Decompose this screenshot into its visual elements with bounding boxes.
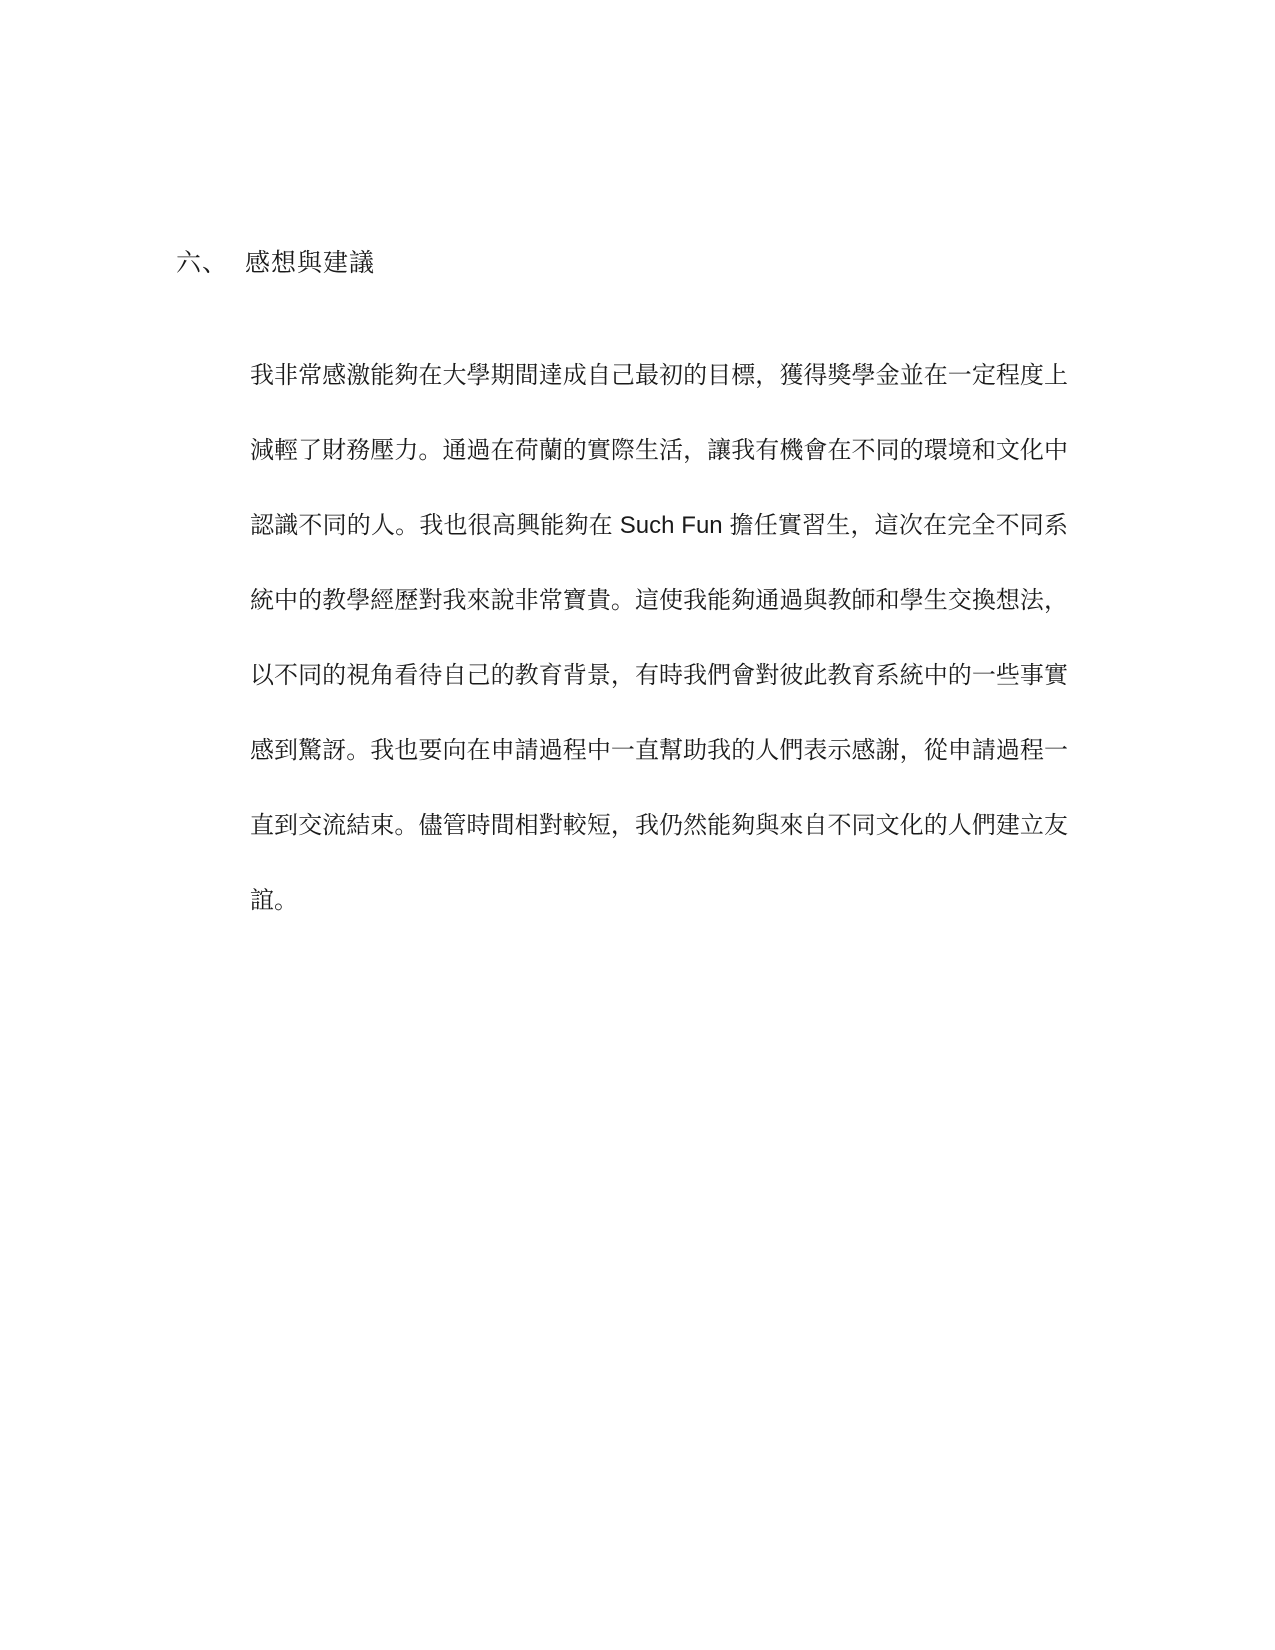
section-heading: 六、 感想與建議: [176, 243, 375, 279]
section-number: 六、: [176, 243, 245, 279]
document-page: 六、 感想與建議 我非常感激能夠在大學期間達成自己最初的目標，獲得獎學金並在一定…: [0, 0, 1275, 1650]
section-title: 感想與建議: [245, 243, 375, 279]
body-paragraph: 我非常感激能夠在大學期間達成自己最初的目標，獲得獎學金並在一定程度上減輕了財務壓…: [250, 338, 1068, 938]
